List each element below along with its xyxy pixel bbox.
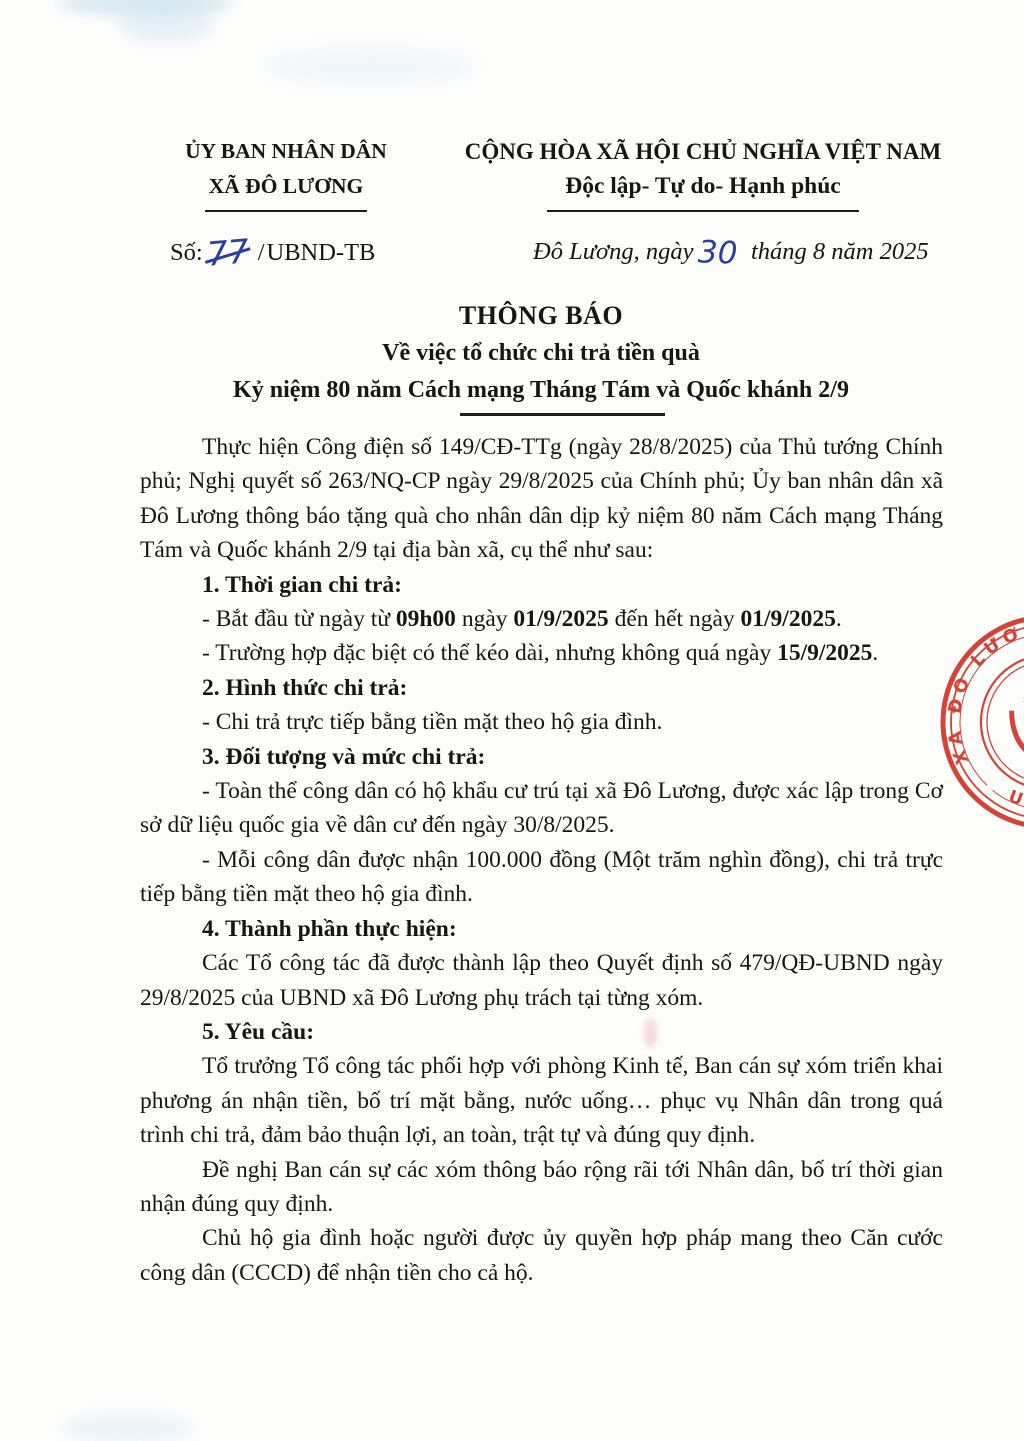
issuing-authority-line1: ỦY BAN NHÂN DÂN [168, 134, 404, 169]
doc-number-code: UBND-TB [267, 239, 376, 266]
date-prefix: Đô Lương, ngày [533, 238, 694, 265]
issuing-authority-block: ỦY BAN NHÂN DÂN XÃ ĐÔ LƯƠNG [168, 134, 404, 212]
body-paragraph: Thực hiện Công điện số 149/CĐ-TTg (ngày … [140, 430, 943, 568]
date-line: Đô Lương, ngày30tháng 8 năm 2025 [533, 238, 929, 269]
national-motto-block: CỘNG HÒA XÃ HỘI CHỦ NGHĨA VIỆT NAM Độc l… [450, 134, 956, 212]
scan-artifact [62, 1414, 192, 1441]
body-paragraph: 3. Đối tượng và mức chi trả: [140, 740, 943, 774]
body-paragraph: Chủ hộ gia đình hoặc người được ủy quyền… [140, 1221, 943, 1290]
date-suffix: tháng 8 năm 2025 [751, 238, 929, 265]
body-paragraph: 1. Thời gian chi trả: [140, 568, 943, 602]
national-motto: Độc lập- Tự do- Hạnh phúc [450, 169, 956, 204]
document-body: Thực hiện Công điện số 149/CĐ-TTg (ngày … [140, 430, 943, 1290]
doc-number-suffix: / [258, 239, 265, 266]
document-type-title: THÔNG BÁO [140, 296, 942, 335]
title-block: THÔNG BÁO Về việc tổ chức chi trả tiền q… [140, 296, 942, 416]
scan-artifact [58, 0, 233, 16]
body-paragraph: - Toàn thể công dân có hộ khẩu cư trú tạ… [140, 774, 943, 843]
body-paragraph: 2. Hình thức chi trả: [140, 671, 943, 705]
body-paragraph: - Chi trả trực tiếp bằng tiền mặt theo h… [140, 705, 943, 739]
national-title: CỘNG HÒA XÃ HỘI CHỦ NGHĨA VIỆT NAM [450, 134, 956, 169]
document-subject-line1: Về việc tổ chức chi trả tiền quà [140, 335, 942, 372]
scan-artifact [265, 48, 475, 84]
body-paragraph: Tổ trưởng Tổ công tác phối hợp với phòng… [140, 1049, 943, 1152]
body-paragraph: - Trường hợp đặc biệt có thể kéo dài, nh… [140, 636, 943, 670]
document-subject-line2: Kỷ niệm 80 năm Cách mạng Tháng Tám và Qu… [140, 372, 942, 409]
scan-artifact [118, 4, 213, 42]
authority-underline [205, 210, 367, 212]
body-paragraph: - Bắt đầu từ ngày từ 09h00 ngày 01/9/202… [140, 602, 943, 636]
scanned-document-page: ỦY BAN NHÂN DÂN XÃ ĐÔ LƯƠNG CỘNG HÒA XÃ … [0, 0, 1024, 1441]
body-paragraph: 5. Yêu cầu: [140, 1015, 943, 1049]
motto-underline [547, 210, 859, 212]
document-number-line: Số:77//UBND-TBUBND-TB [170, 236, 375, 269]
handwritten-day: 30 [697, 237, 738, 269]
body-paragraph: Đề nghị Ban cán sự các xóm thông báo rộn… [140, 1153, 943, 1222]
handwritten-document-number: 77 [205, 234, 250, 271]
body-paragraph: 4. Thành phần thực hiện: [140, 912, 943, 946]
body-paragraph: Các Tổ công tác đã được thành lập theo Q… [140, 946, 943, 1015]
issuing-authority-line2: XÃ ĐÔ LƯƠNG [168, 169, 404, 204]
official-stamp: XÃ ĐÔ LƯƠNG UBND [932, 606, 1024, 838]
doc-number-prefix: Số: [170, 239, 203, 266]
body-paragraph: - Mỗi công dân được nhận 100.000 đồng (M… [140, 843, 943, 912]
title-underline [460, 413, 665, 416]
